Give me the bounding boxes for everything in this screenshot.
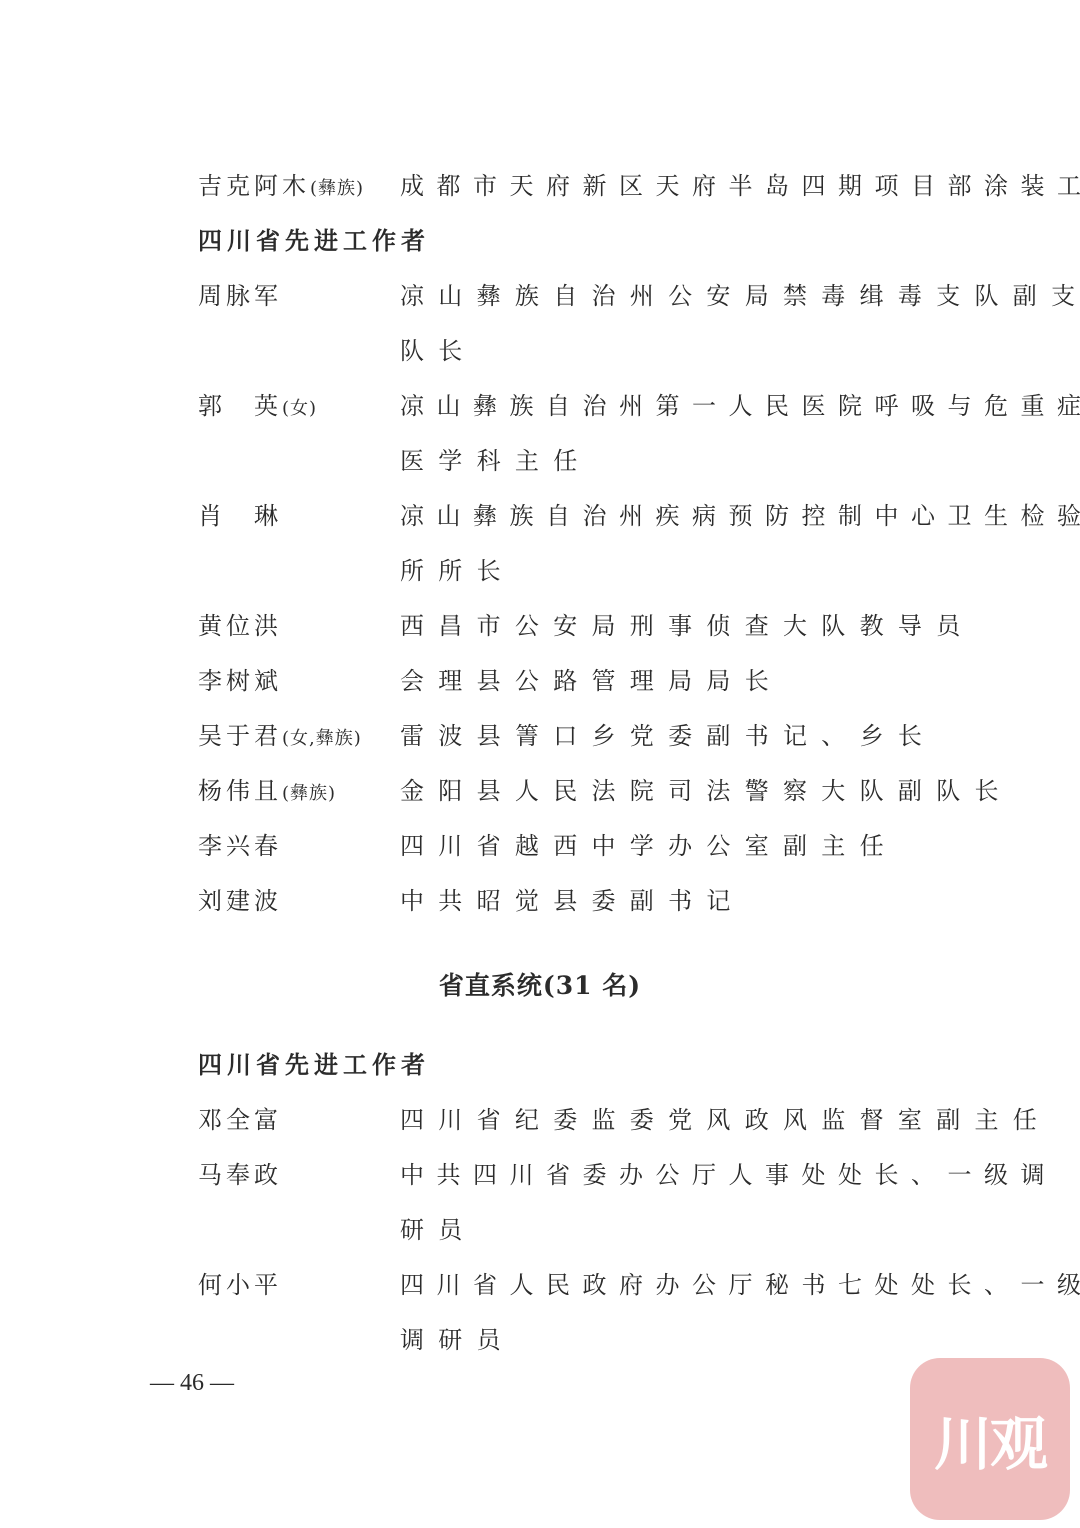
list-item: 杨伟且(彝族) 金阳县人民法院司法警察大队副队长 (198, 771, 958, 811)
list-item: 黄位洪 西昌市公安局刑事侦查大队教导员 (198, 606, 958, 646)
person-position: 中共四川省委办公厅人事处处长、一级调 (400, 1155, 1057, 1195)
person-position: 凉山彝族自治州第一人民医院呼吸与危重症 (400, 386, 1080, 426)
list-item: 邓全富 四川省纪委监委党风政风监督室副主任 (198, 1100, 958, 1140)
person-note: (女) (282, 398, 317, 419)
list-item-continuation: 队长 (198, 331, 958, 371)
person-name: 李树斌 (198, 661, 282, 701)
person-name: 郭 英(女) (198, 386, 317, 429)
person-position: 西昌市公安局刑事侦查大队教导员 (400, 606, 975, 646)
person-name: 黄位洪 (198, 606, 282, 646)
list-item-continuation: 所所长 (198, 551, 958, 591)
person-position: 中共昭觉县委副书记 (400, 881, 745, 921)
person-position-cont: 研员 (400, 1210, 477, 1250)
list-item: 周脉军 凉山彝族自治州公安局禁毒缉毒支队副支 (198, 276, 958, 316)
person-note: (女,彝族) (282, 728, 362, 749)
person-name: 邓全富 (198, 1100, 282, 1140)
document-page: 吉克阿木(彝族) 成都市天府新区天府半岛四期项目部涂装工 四川省先进工作者 周脉… (0, 0, 1080, 1528)
person-name: 肖 琳 (198, 496, 282, 536)
person-position: 金阳县人民法院司法警察大队副队长 (400, 771, 1013, 811)
person-name: 马奉政 (198, 1155, 282, 1195)
list-item: 刘建波 中共昭觉县委副书记 (198, 881, 958, 921)
list-item-continuation: 医学科主任 (198, 441, 958, 481)
person-position-cont: 队长 (400, 331, 477, 371)
person-position: 会理县公路管理局局长 (400, 661, 783, 701)
person-name: 李兴春 (198, 826, 282, 866)
person-position: 四川省纪委监委党风政风监督室副主任 (400, 1100, 1051, 1140)
person-name: 杨伟且(彝族) (198, 771, 336, 814)
list-item: 郭 英(女) 凉山彝族自治州第一人民医院呼吸与危重症 (198, 386, 958, 426)
person-name: 周脉军 (198, 276, 282, 316)
person-position-cont: 医学科主任 (400, 441, 592, 481)
list-item: 李兴春 四川省越西中学办公室副主任 (198, 826, 958, 866)
category-heading: 四川省先进工作者 (198, 1045, 430, 1085)
person-position-cont: 调研员 (400, 1320, 515, 1360)
person-position: 雷波县箐口乡党委副书记、乡长 (400, 716, 936, 756)
person-note: (彝族) (282, 783, 336, 804)
category-heading: 四川省先进工作者 (198, 221, 430, 261)
list-item: 何小平 四川省人民政府办公厅秘书七处处长、一级 (198, 1265, 958, 1305)
person-position: 四川省人民政府办公厅秘书七处处长、一级 (400, 1265, 1080, 1305)
list-item: 肖 琳 凉山彝族自治州疾病预防控制中心卫生检验 (198, 496, 958, 536)
person-note: (彝族) (310, 178, 364, 199)
person-position-cont: 所所长 (400, 551, 515, 591)
watermark-logo: 川观 (910, 1358, 1070, 1520)
person-position: 凉山彝族自治州疾病预防控制中心卫生检验 (400, 496, 1080, 536)
person-position: 凉山彝族自治州公安局禁毒缉毒支队副支 (400, 276, 1080, 316)
person-name: 刘建波 (198, 881, 282, 921)
section-title: 省直系统(31 名) (0, 966, 1080, 1006)
list-item: 马奉政 中共四川省委办公厅人事处处长、一级调 (198, 1155, 958, 1195)
list-item: 李树斌 会理县公路管理局局长 (198, 661, 958, 701)
person-name: 吴于君(女,彝族) (198, 716, 362, 759)
page-number: — 46 — (150, 1365, 234, 1401)
watermark-text: 川观 (934, 1397, 1046, 1481)
person-position: 四川省越西中学办公室副主任 (400, 826, 898, 866)
list-item-continuation: 研员 (198, 1210, 958, 1250)
list-item: 吉克阿木(彝族) 成都市天府新区天府半岛四期项目部涂装工 (198, 166, 958, 206)
person-name: 吉克阿木(彝族) (198, 166, 364, 209)
list-item-continuation: 调研员 (198, 1320, 958, 1360)
person-name: 何小平 (198, 1265, 282, 1305)
person-position: 成都市天府新区天府半岛四期项目部涂装工 (400, 166, 1080, 206)
list-item: 吴于君(女,彝族) 雷波县箐口乡党委副书记、乡长 (198, 716, 958, 756)
